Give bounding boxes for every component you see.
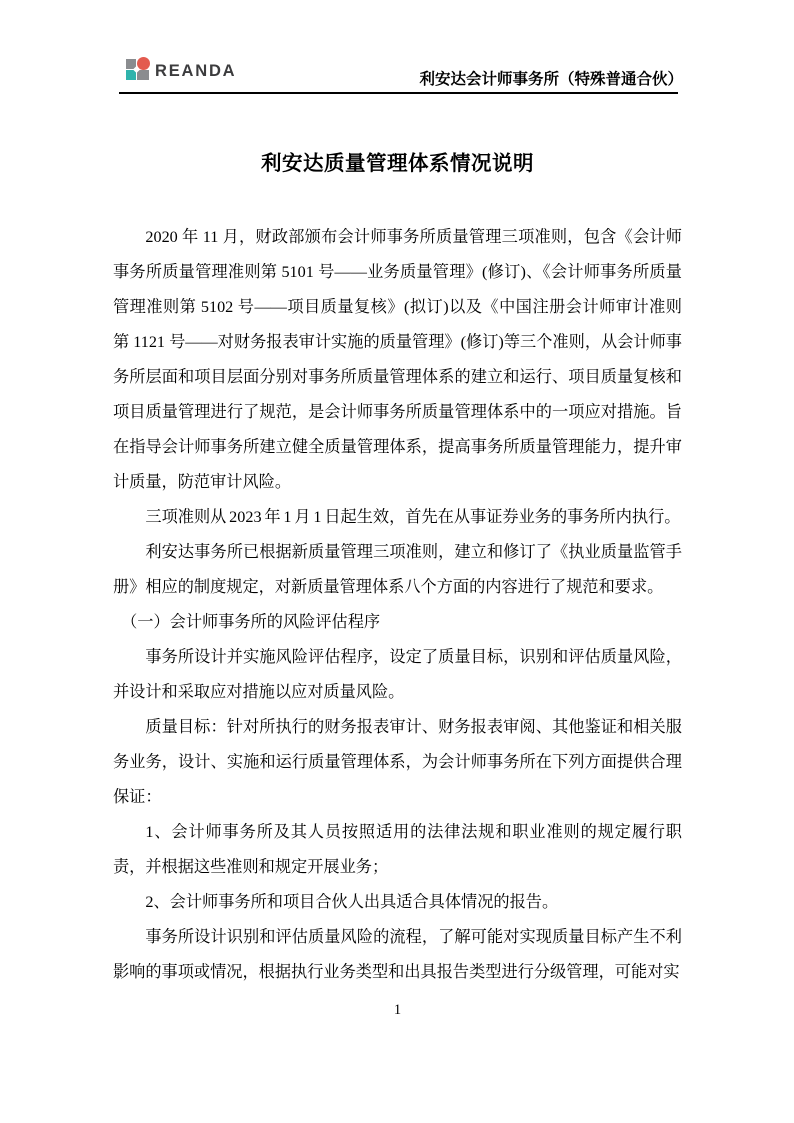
brand-name: REANDA — [155, 63, 236, 82]
logo-square-gray-bottom-right — [137, 70, 149, 80]
document-title: 利安达质量管理体系情况说明 — [113, 151, 682, 178]
body-paragraph: 质量目标：针对所执行的财务报表审计、财务报表审阅、其他鉴证和相关服务业务，设计、… — [113, 710, 682, 815]
body-paragraph: 利安达事务所已根据新质量管理三项准则，建立和修订了《执业质量监管手册》相应的制度… — [113, 535, 682, 605]
body-paragraph: （一）会计师事务所的风险评估程序 — [113, 605, 682, 640]
document-body: 2020 年 11 月，财政部颁布会计师事务所质量管理三项准则，包含《会计师事务… — [113, 220, 682, 990]
body-paragraph: 1、会计师事务所及其人员按照适用的法律法规和职业准则的规定履行职责，并根据这些准… — [113, 815, 682, 885]
body-paragraph: 事务所设计并实施风险评估程序，设定了质量目标，识别和评估质量风险，并设计和采取应… — [113, 640, 682, 710]
document-page: REANDA 利安达会计师事务所（特殊普通合伙） 利安达质量管理体系情况说明 2… — [0, 0, 794, 1123]
firm-name: 利安达会计师事务所（特殊普通合伙） — [419, 71, 683, 90]
reanda-logo: REANDA — [126, 57, 236, 81]
header-divider — [119, 92, 678, 94]
body-paragraph: 三项准则从 2023 年 1 月 1 日起生效，首先在从事证券业务的事务所内执行… — [113, 500, 682, 535]
body-paragraph: 2020 年 11 月，财政部颁布会计师事务所质量管理三项准则，包含《会计师事务… — [113, 220, 682, 500]
body-paragraph: 事务所设计识别和评估质量风险的流程，了解可能对实现质量目标产生不利影响的事项或情… — [113, 920, 682, 990]
page-number: 1 — [113, 1002, 682, 1019]
body-paragraph: 2、会计师事务所和项目合伙人出具适合具体情况的报告。 — [113, 885, 682, 920]
reanda-logo-icon — [126, 57, 150, 81]
